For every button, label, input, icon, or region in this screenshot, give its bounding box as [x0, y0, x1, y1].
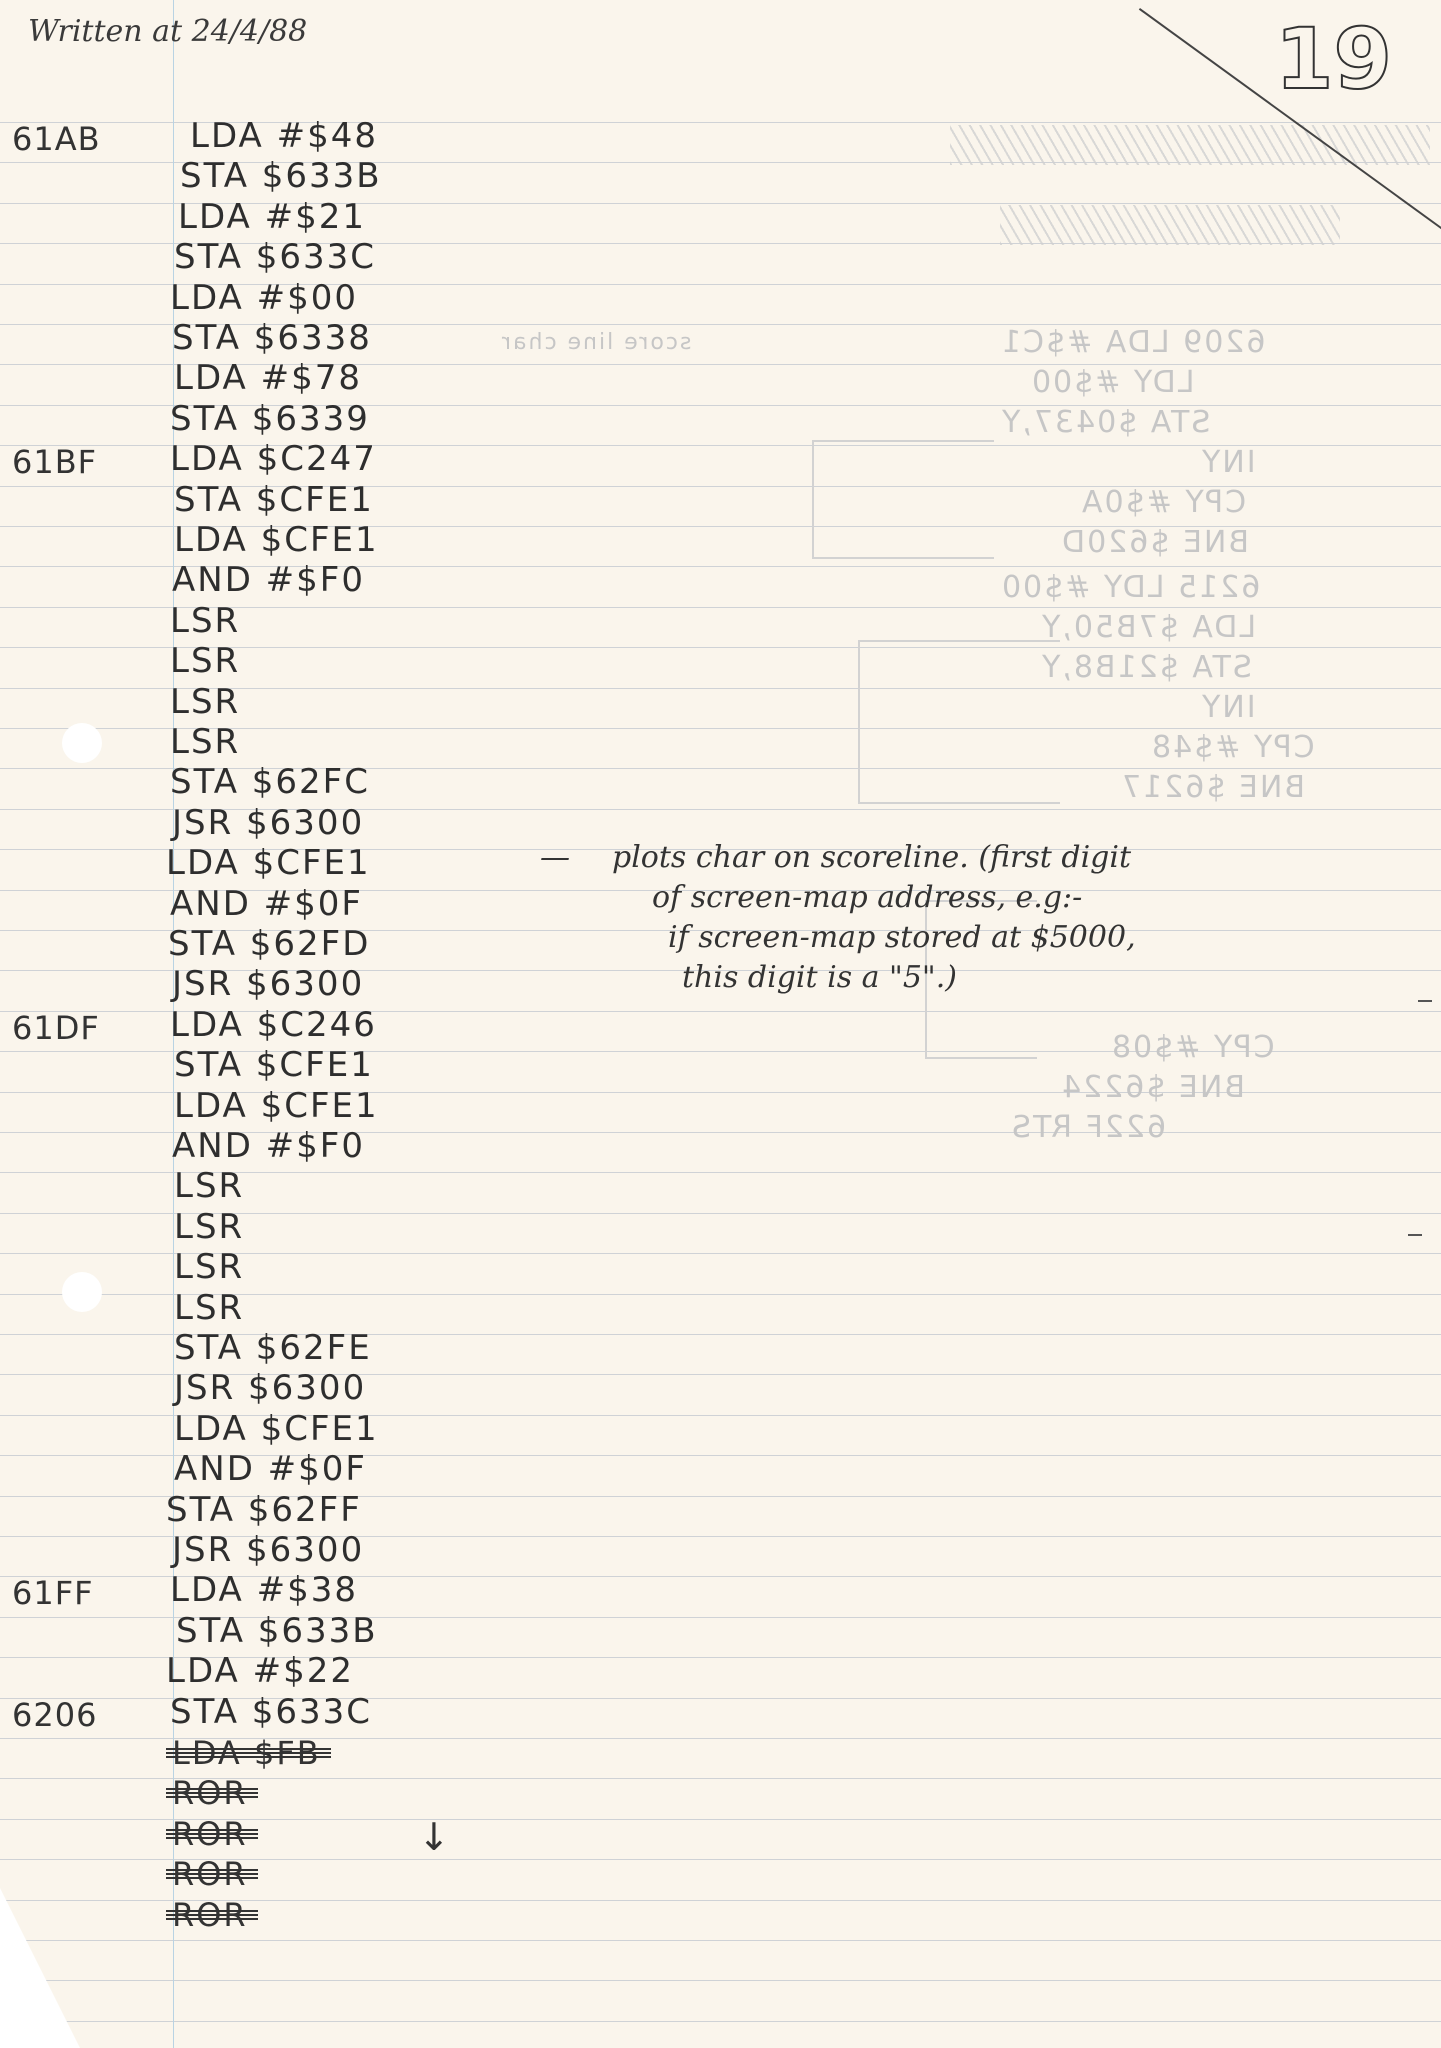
ghost-line: 6215 LDY #$00: [1000, 570, 1260, 605]
code-line: STA $6338: [172, 318, 372, 358]
code-line: LDA $C246: [170, 1005, 377, 1045]
annotation-dash: —: [540, 840, 570, 875]
code-line: LSR: [170, 601, 240, 641]
code-line: LDA $CFE1: [174, 1086, 379, 1126]
written-date-note: Written at 24/4/88: [28, 14, 307, 49]
code-line: AND #$0F: [170, 884, 363, 924]
address-label: 61AB: [12, 120, 101, 158]
code-line: LDA #$21: [178, 197, 366, 237]
ghost-line: LDY #$00: [1030, 365, 1194, 400]
punch-hole: [62, 1272, 102, 1312]
ghost-line: INY: [1200, 445, 1256, 480]
code-line: LSR: [174, 1288, 244, 1328]
code-line: JSR $6300: [174, 1368, 366, 1408]
code-line: LSR: [170, 722, 240, 762]
code-line: STA $633B: [176, 1611, 378, 1651]
annotation-line: this digit is a "5".): [682, 960, 957, 995]
struck-out-line: ROR: [172, 1815, 248, 1853]
code-line: STA $6339: [170, 399, 370, 439]
code-line: JSR $6300: [172, 964, 364, 1004]
ghost-line: CPY #$48: [1150, 730, 1315, 765]
ghost-line: STA $21B8,Y: [1040, 650, 1252, 685]
code-line: LSR: [174, 1247, 244, 1287]
ghost-line: BNE $6217: [1120, 770, 1305, 805]
code-line: LDA $CFE1: [174, 520, 379, 560]
annotation-line: if screen-map stored at $5000,: [668, 920, 1136, 955]
code-line: AND #$F0: [172, 560, 365, 600]
code-line: STA $62FE: [174, 1328, 372, 1368]
address-label: 61FF: [12, 1574, 94, 1612]
ghost-line: 6209 LDA #$C1: [1000, 325, 1266, 360]
code-line: STA $62FF: [166, 1490, 362, 1530]
annotation-line: of screen-map address, e.g:-: [652, 880, 1082, 915]
down-arrow-icon: ↓: [418, 1815, 450, 1859]
ghost-line: CPY #$08: [1110, 1030, 1275, 1065]
margin-tick: [1418, 1000, 1432, 1002]
code-line: AND #$0F: [174, 1449, 367, 1489]
code-line: LDA $C247: [170, 439, 377, 479]
ghost-line: BNE $620D: [1060, 525, 1249, 560]
ghost-line: CPY #$0A: [1080, 485, 1246, 520]
code-line: JSR $6300: [172, 803, 364, 843]
page-number: 19: [1275, 10, 1392, 108]
notebook-page: 6209 LDA #$C1LDY #$00STA $0437,YINYCPY #…: [0, 0, 1441, 2048]
code-line: STA $CFE1: [174, 480, 374, 520]
code-line: LDA #$48: [190, 116, 378, 156]
code-line: JSR $6300: [172, 1530, 364, 1570]
ghost-line: STA $0437,Y: [1000, 405, 1210, 440]
ghost-line: INY: [1200, 690, 1256, 725]
code-line: LDA #$00: [170, 278, 358, 318]
ghost-note: score line char: [500, 330, 691, 355]
code-line: STA $633C: [174, 237, 376, 277]
code-line: LSR: [174, 1207, 244, 1247]
struck-out-line: ROR: [172, 1855, 248, 1893]
ghost-line: LDA $7B50,Y: [1040, 610, 1256, 645]
code-line: STA $62FD: [168, 924, 370, 964]
struck-out-line: ROR: [172, 1774, 248, 1812]
code-line: STA $CFE1: [174, 1045, 374, 1085]
struck-out-line: ROR: [172, 1896, 248, 1934]
code-line: LSR: [174, 1166, 244, 1206]
rule-line: [0, 1980, 1441, 1981]
code-line: LDA #$22: [166, 1651, 354, 1691]
ghost-scribble: [1000, 205, 1340, 245]
address-label: 61BF: [12, 443, 97, 481]
address-label: 6206: [12, 1696, 97, 1734]
rule-line: [0, 1940, 1441, 1941]
punch-hole: [62, 723, 102, 763]
ghost-scribble: [950, 125, 1430, 165]
torn-corner: [0, 1888, 80, 2048]
code-line: LDA $CFE1: [166, 843, 371, 883]
code-line: STA $62FC: [170, 762, 370, 802]
code-line: STA $633C: [170, 1692, 372, 1732]
address-label: 61DF: [12, 1009, 100, 1047]
ghost-line: 622F RTS: [1010, 1110, 1166, 1145]
ghost-line: BNE $6224: [1060, 1070, 1245, 1105]
code-line: LSR: [170, 641, 240, 681]
struck-out-line: LDA $FB: [172, 1734, 321, 1772]
margin-tick: [1408, 1234, 1422, 1236]
code-line: AND #$F0: [172, 1126, 365, 1166]
code-line: LDA #$38: [170, 1570, 358, 1610]
code-line: LSR: [170, 682, 240, 722]
ghost-loop-bracket: [812, 440, 994, 559]
code-line: LDA $CFE1: [174, 1409, 379, 1449]
rule-line: [0, 2021, 1441, 2022]
ghost-loop-bracket: [858, 640, 1060, 804]
code-line: STA $633B: [180, 156, 382, 196]
code-line: LDA #$78: [174, 358, 362, 398]
annotation-line: plots char on scoreline. (first digit: [612, 840, 1131, 875]
